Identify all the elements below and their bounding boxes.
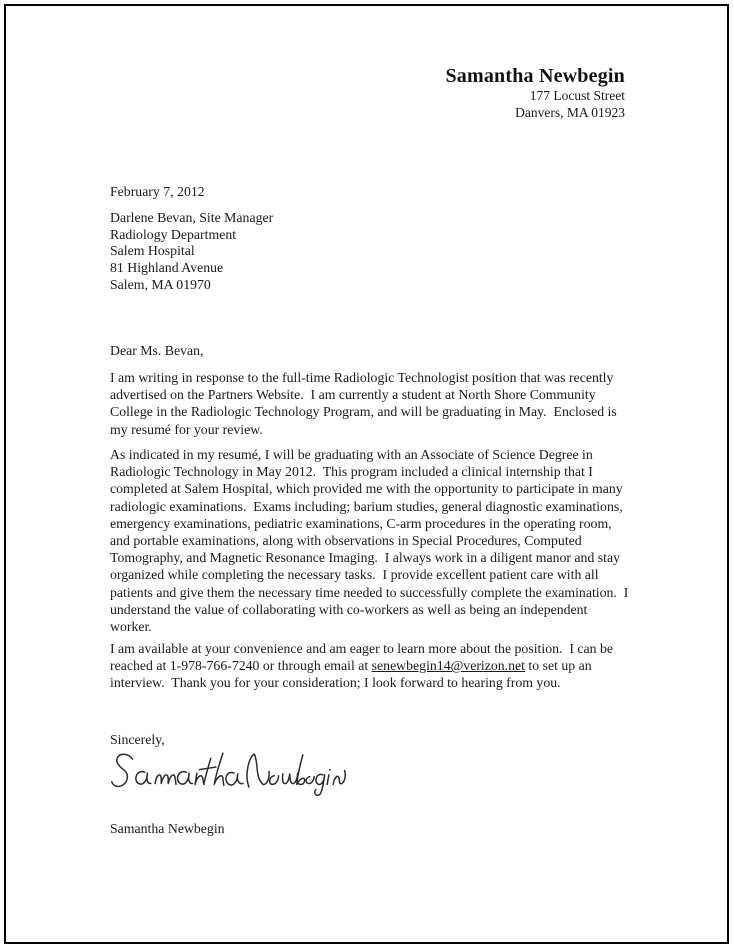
recipient-name-title: Darlene Bevan, Site Manager [110, 210, 273, 227]
recipient-city-state-zip: Salem, MA 01970 [110, 277, 273, 294]
sender-city-state-zip: Danvers, MA 01923 [445, 105, 625, 122]
recipient-address: Darlene Bevan, Site Manager Radiology De… [110, 210, 273, 294]
signature-image [110, 746, 348, 802]
sender-name: Samantha Newbegin [445, 64, 625, 88]
paragraph-contact: I am available at your convenience and a… [110, 640, 629, 692]
paragraph-intro: I am writing in response to the full-tim… [110, 369, 629, 438]
typed-signature-name: Samantha Newbegin [110, 820, 225, 837]
recipient-street: 81 Highland Avenue [110, 260, 273, 277]
paragraph-experience: As indicated in my resumé, I will be gra… [110, 446, 629, 635]
signature-strokes [110, 746, 348, 802]
sender-street: 177 Locust Street [445, 88, 625, 105]
recipient-organization: Salem Hospital [110, 243, 273, 260]
salutation: Dear Ms. Bevan, [110, 342, 204, 359]
letter-page: Samantha Newbegin 177 Locust Street Danv… [0, 0, 734, 949]
letterhead: Samantha Newbegin 177 Locust Street Danv… [445, 64, 625, 121]
email-link[interactable]: senewbegin14@verizon.net [372, 658, 525, 673]
letter-date: February 7, 2012 [110, 183, 205, 200]
recipient-department: Radiology Department [110, 227, 273, 244]
